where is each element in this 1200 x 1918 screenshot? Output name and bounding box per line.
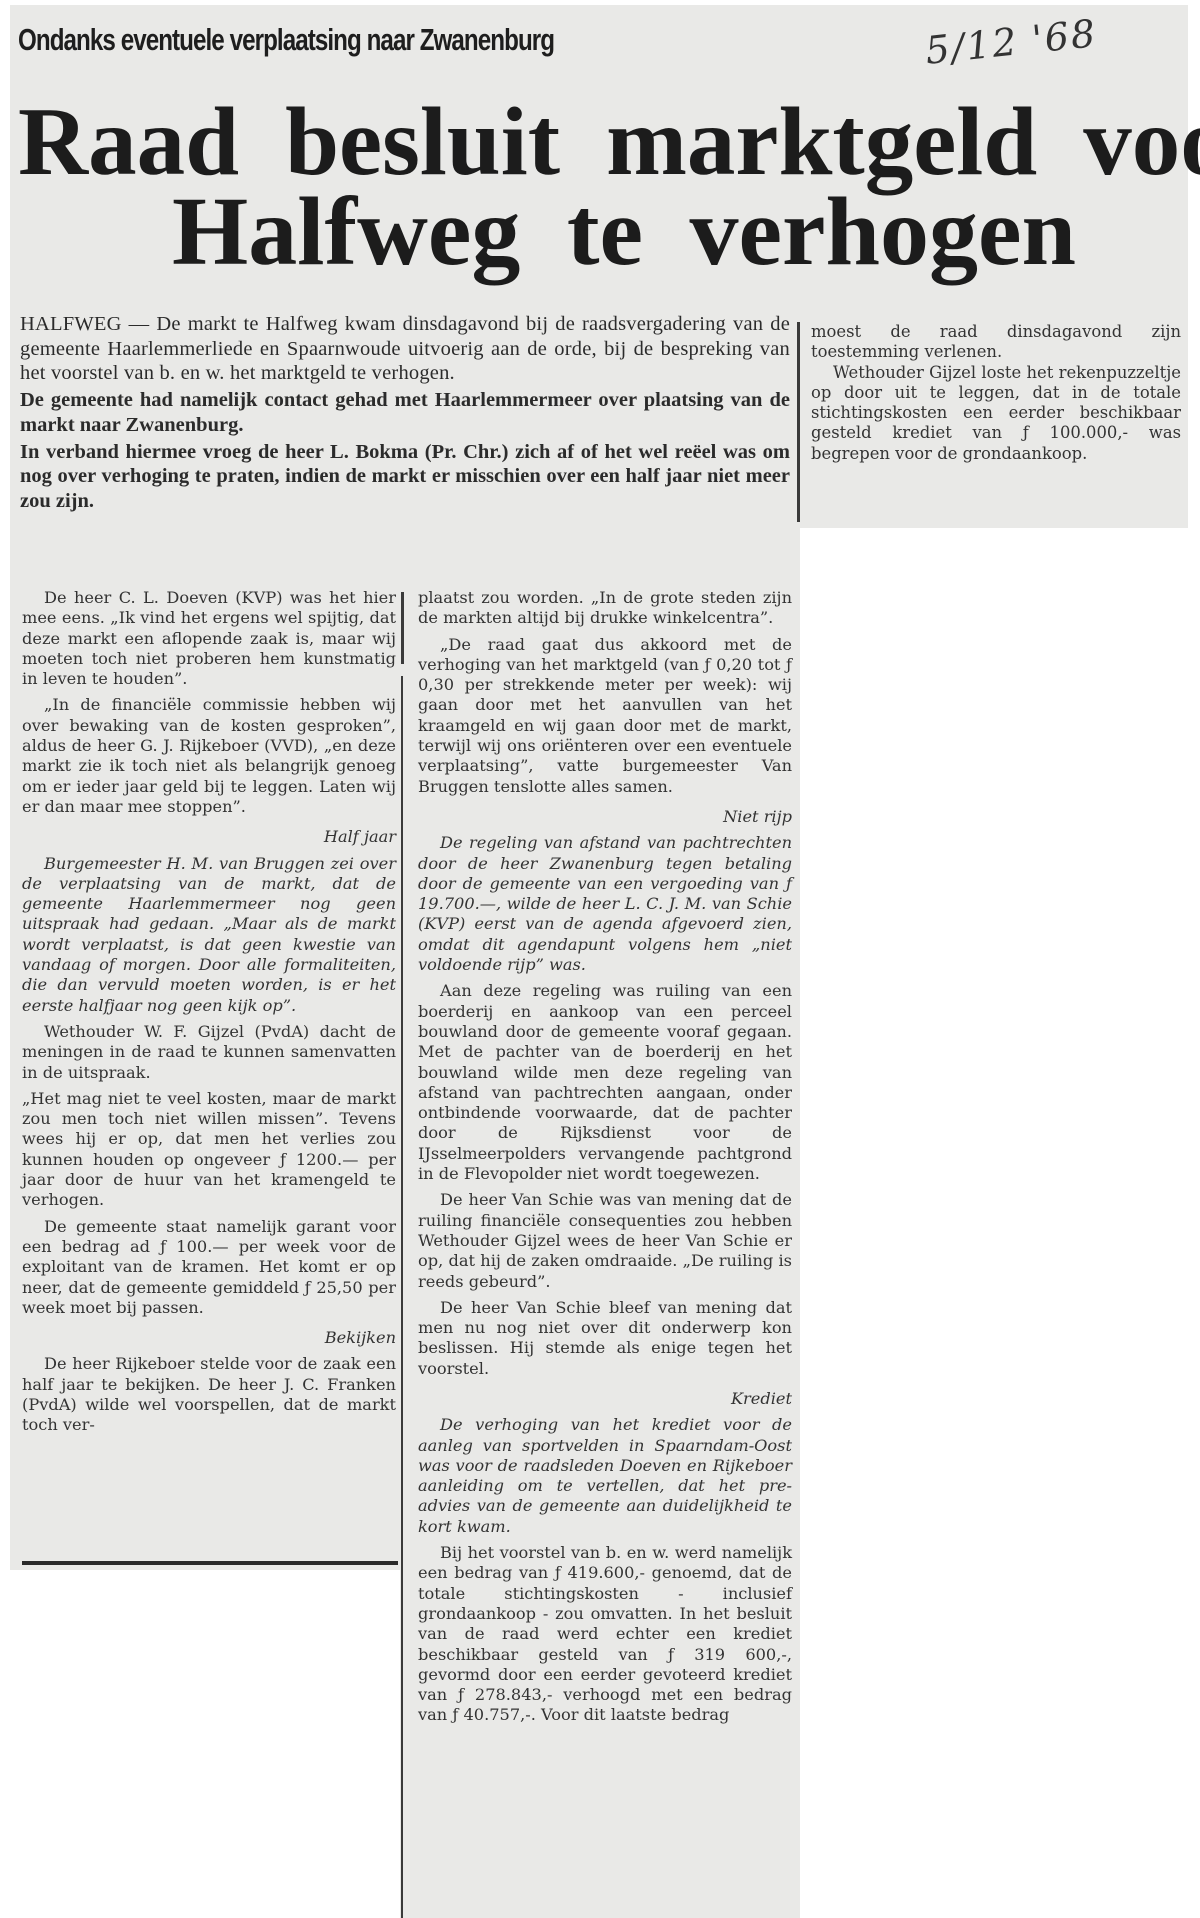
intro-bold-2: In verband hiermee vroeg de heer L. Bokm… [20, 440, 790, 514]
headline-line-1: Raad besluit marktgeld voor [18, 92, 1184, 192]
end-rule [22, 1561, 398, 1565]
right-column: moest de raad dinsdagavond zijn toestemm… [811, 322, 1181, 464]
right-column-paragraph: moest de raad dinsdagavond zijn toestemm… [811, 322, 1181, 363]
paragraph: De verhoging van het krediet voor de aan… [418, 1415, 792, 1537]
paragraph: Burgemeester H. M. van Bruggen zei over … [22, 854, 396, 1016]
subheading: Bekijken [22, 1328, 396, 1348]
paragraph: „In de financiële commissie hebben wij o… [22, 695, 396, 817]
paragraph: Aan deze regeling was ruiling van een bo… [418, 981, 792, 1184]
left-column: De heer C. L. Doeven (KVP) was het hier … [22, 588, 396, 1442]
headline-line-2: Halfweg te verhogen [172, 182, 1200, 282]
middle-column: plaatst zou worden. „In de grote steden … [418, 588, 792, 1732]
paragraph: plaatst zou worden. „In de grote steden … [418, 588, 792, 629]
paragraph: De gemeente staat namelijk garant voor e… [22, 1217, 396, 1318]
right-column-paragraph: Wethouder Gijzel loste het rekenpuzzeltj… [811, 363, 1181, 464]
column-divider [401, 676, 403, 1918]
paragraph: De heer Rijkeboer stelde voor de zaak ee… [22, 1354, 396, 1435]
paragraph: „Het mag niet te veel kosten, maar de ma… [22, 1089, 396, 1211]
intro-lead: HALFWEG — De markt te Halfweg kwam dinsd… [20, 312, 790, 386]
paragraph: „De raad gaat dus akkoord met de verhogi… [418, 635, 792, 797]
clipping-background-intro [10, 528, 800, 570]
subheading: Niet rijp [418, 807, 792, 827]
subheading: Half jaar [22, 827, 396, 847]
paragraph: De regeling van afstand van pachtrechten… [418, 833, 792, 975]
paragraph: De heer C. L. Doeven (KVP) was het hier … [22, 588, 396, 689]
column-divider [401, 592, 404, 664]
subheading: Krediet [418, 1389, 792, 1409]
intro-paragraphs: HALFWEG — De markt te Halfweg kwam dinsd… [20, 312, 790, 514]
intro-bold-1: De gemeente had namelijk contact gehad m… [20, 388, 790, 437]
column-divider [797, 322, 800, 522]
paragraph: Wethouder W. F. Gijzel (PvdA) dacht de m… [22, 1022, 396, 1083]
paragraph: Bij het voorstel van b. en w. werd namel… [418, 1543, 792, 1726]
kicker-headline: Ondanks eventuele verplaatsing naar Zwan… [18, 22, 554, 58]
paragraph: De heer Van Schie was van mening dat de … [418, 1190, 792, 1291]
paragraph: De heer Van Schie bleef van mening dat m… [418, 1298, 792, 1379]
